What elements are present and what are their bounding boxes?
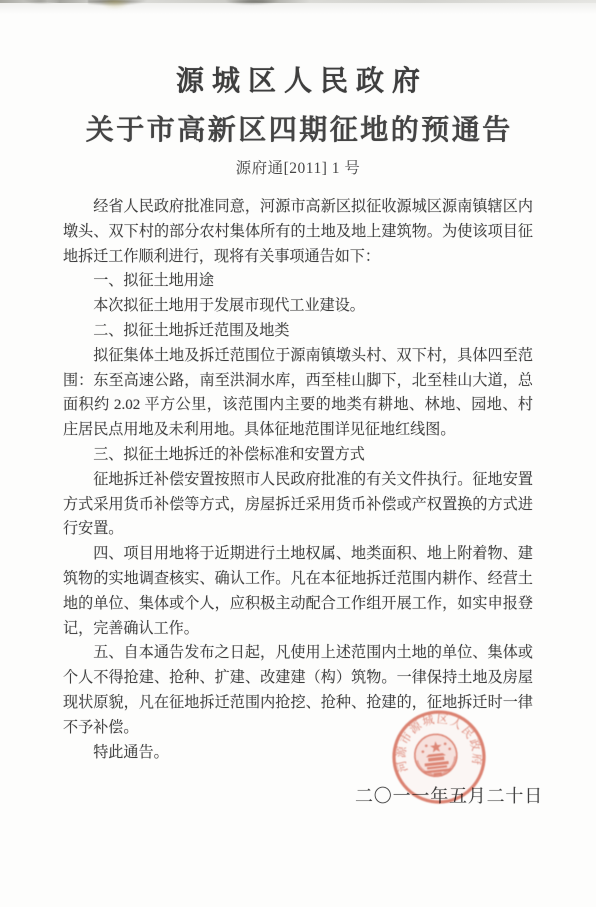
section-heading-2: 二、拟征土地拆迁范围及地类 [63, 319, 533, 344]
document-number: 源府通[2011] 1 号 [0, 156, 596, 178]
section-heading-3: 三、拟征土地拆迁的补偿标准和安置方式 [63, 443, 533, 468]
government-seal-icon: 河源市源城区人民政府 [385, 703, 493, 811]
page-subtitle: 关于市高新区四期征地的预通告 [0, 108, 596, 148]
paragraph: 本次拟征土地用于发展市现代工业建设。 [63, 294, 533, 319]
document-body: 经省人民政府批准同意，河源市高新区拟征收源城区源南镇辖区内墩头、双下村的部分农村… [63, 195, 533, 765]
paragraph: 拟征集体土地及拆迁范围位于源南镇墩头村、双下村，具体四至范围：东至高速公路，南至… [63, 344, 533, 443]
scan-artifact [24, 0, 58, 4]
scan-artifact [226, 0, 278, 5]
scanned-document-page: 源城区人民政府 关于市高新区四期征地的预通告 源府通[2011] 1 号 经省人… [0, 0, 596, 907]
page-title: 源城区人民政府 [0, 59, 596, 99]
paragraph: 四、项目用地将于近期进行土地权属、地类面积、地上附着物、建筑物的实地调查核实、确… [63, 542, 533, 641]
scan-artifact [100, 0, 130, 9]
paragraph: 征地拆迁补偿安置按照市人民政府批准的有关文件执行。征地安置方式采用货币补偿等方式… [63, 468, 533, 542]
paragraph: 经省人民政府批准同意，河源市高新区拟征收源城区源南镇辖区内墩头、双下村的部分农村… [63, 195, 533, 269]
section-heading-1: 一、拟征土地用途 [63, 269, 533, 294]
